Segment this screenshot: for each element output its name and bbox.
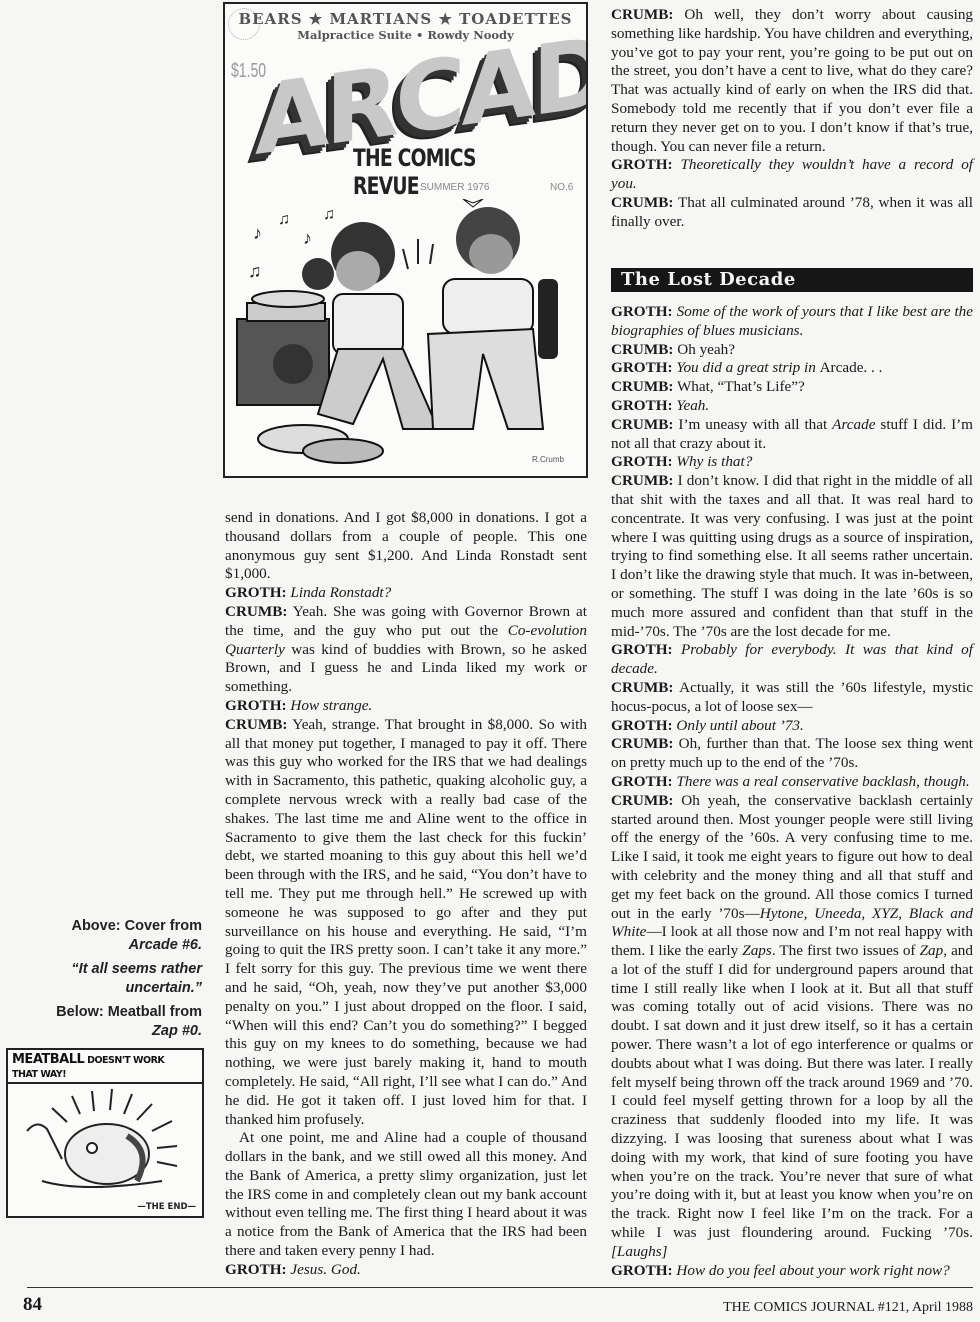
paragraph: CRUMB: I’m uneasy with all that Arcade s…	[611, 416, 973, 454]
speaker-label: CRUMB:	[611, 341, 673, 358]
paragraph: GROTH: You did a great strip in Arcade. …	[611, 359, 973, 378]
paragraph: GROTH: Only until about ’73.	[611, 717, 973, 736]
paragraph: CRUMB: Actually, it was still the ’60s l…	[611, 679, 973, 717]
panel-divider	[8, 1082, 202, 1084]
paragraph: CRUMB: That all culminated around ’78, w…	[611, 194, 973, 232]
paragraph: GROTH: Jesus. God.	[225, 1261, 587, 1280]
speaker-label: CRUMB:	[611, 679, 673, 696]
paragraph: GROTH: Yeah.	[611, 397, 973, 416]
paragraph: CRUMB: Oh, further than that. The loose …	[611, 735, 973, 773]
speaker-label: GROTH:	[611, 717, 673, 734]
paragraph: CRUMB: Oh well, they don’t worry about c…	[611, 6, 973, 156]
paragraph: CRUMB: Oh yeah?	[611, 341, 973, 360]
speaker-label: GROTH:	[611, 453, 673, 470]
speaker-label: GROTH:	[611, 773, 673, 790]
paragraph: CRUMB: Oh yeah, the conservative backlas…	[611, 792, 973, 1262]
speaker-label: GROTH:	[611, 1262, 673, 1279]
paragraph: GROTH: Why is that?	[611, 453, 973, 472]
caption-quote: “It all seems rather uncertain.”	[22, 960, 202, 998]
speaker-label: CRUMB:	[611, 416, 673, 433]
paragraph: GROTH: Some of the work of yours that I …	[611, 303, 973, 341]
right-column-top: CRUMB: Oh well, they don’t worry about c…	[611, 6, 973, 232]
the-end-label: —THE END—	[137, 1202, 196, 1212]
paragraph: GROTH: Probably for everybody. It was th…	[611, 641, 973, 679]
speaker-label: CRUMB:	[225, 603, 287, 620]
speaker-label: CRUMB:	[611, 472, 673, 489]
journal-credit: THE COMICS JOURNAL #121, April 1988	[723, 1300, 973, 1316]
caption-above-label: Above: Cover from	[22, 917, 202, 936]
speaker-label: CRUMB:	[611, 194, 673, 211]
paragraph: send in donations. And I got $8,000 in d…	[225, 509, 587, 584]
svg-text:♪: ♪	[253, 223, 262, 243]
caption-below-title: Zap #0.	[152, 1023, 202, 1039]
speaker-label: GROTH:	[611, 303, 673, 320]
speaker-label: CRUMB:	[611, 792, 673, 809]
paragraph: CRUMB: Yeah, strange. That brought in $8…	[225, 716, 587, 1130]
svg-text:♪: ♪	[303, 228, 312, 248]
caption-above-title: Arcade #6.	[129, 937, 202, 953]
paragraph: GROTH: How strange.	[225, 697, 587, 716]
middle-column: send in donations. And I got $8,000 in d…	[225, 509, 587, 1280]
speaker-label: GROTH:	[225, 1261, 287, 1278]
svg-text:♫: ♫	[323, 206, 335, 223]
page-number: 84	[23, 1294, 42, 1316]
meatball-panel-title: MEATBALL DOESN'T WORK THAT WAY!	[12, 1053, 164, 1081]
svg-text:♫: ♫	[278, 211, 290, 228]
cover-issue: NO.6	[550, 182, 573, 193]
footer-rule	[27, 1287, 973, 1288]
bears-dancing-illustration: ♪ ♫ ♪ ♫ ♫	[233, 199, 578, 464]
caption-below: Below: Meatball from Zap #0.	[22, 1003, 202, 1041]
paragraph: CRUMB: I don’t know. I did that right in…	[611, 472, 973, 641]
artist-signature: R.Crumb	[532, 455, 564, 464]
paragraph: GROTH: Theoretically they wouldn’t have …	[611, 156, 973, 194]
caption-below-label: Below: Meatball from	[22, 1003, 202, 1022]
speaker-label: GROTH:	[611, 397, 673, 414]
speaker-label: GROTH:	[611, 359, 673, 376]
meatball-character-illustration	[12, 1086, 198, 1196]
right-column-bottom: GROTH: Some of the work of yours that I …	[611, 303, 973, 1280]
paragraph: GROTH: There was a real conservative bac…	[611, 773, 973, 792]
speaker-label: CRUMB:	[611, 378, 673, 395]
paragraph: GROTH: Linda Ronstadt?	[225, 584, 587, 603]
paragraph: At one point, me and Aline had a couple …	[225, 1129, 587, 1261]
speaker-label: CRUMB:	[611, 735, 673, 752]
speaker-label: GROTH:	[611, 641, 673, 658]
paragraph: GROTH: How do you feel about your work r…	[611, 1262, 973, 1281]
speaker-label: CRUMB:	[225, 716, 287, 733]
cover-season: SUMMER 1976	[420, 182, 489, 193]
speaker-label: GROTH:	[225, 697, 287, 714]
svg-text:♫: ♫	[248, 261, 262, 281]
paragraph: CRUMB: Yeah. She was going with Governor…	[225, 603, 587, 697]
speaker-label: GROTH:	[225, 584, 287, 601]
section-heading: The Lost Decade	[611, 268, 973, 292]
caption-above: Above: Cover from Arcade #6.	[22, 917, 202, 955]
speaker-label: GROTH:	[611, 156, 673, 173]
pull-quote: “It all seems rather uncertain.”	[71, 961, 202, 996]
paragraph: CRUMB: What, “That’s Life”?	[611, 378, 973, 397]
speaker-label: CRUMB:	[611, 6, 673, 23]
arcade-cover-image: BEARS ★ MARTIANS ★ TOADETTES Malpractice…	[223, 2, 588, 478]
meatball-comic-panel: MEATBALL DOESN'T WORK THAT WAY! —THE END…	[6, 1048, 204, 1218]
